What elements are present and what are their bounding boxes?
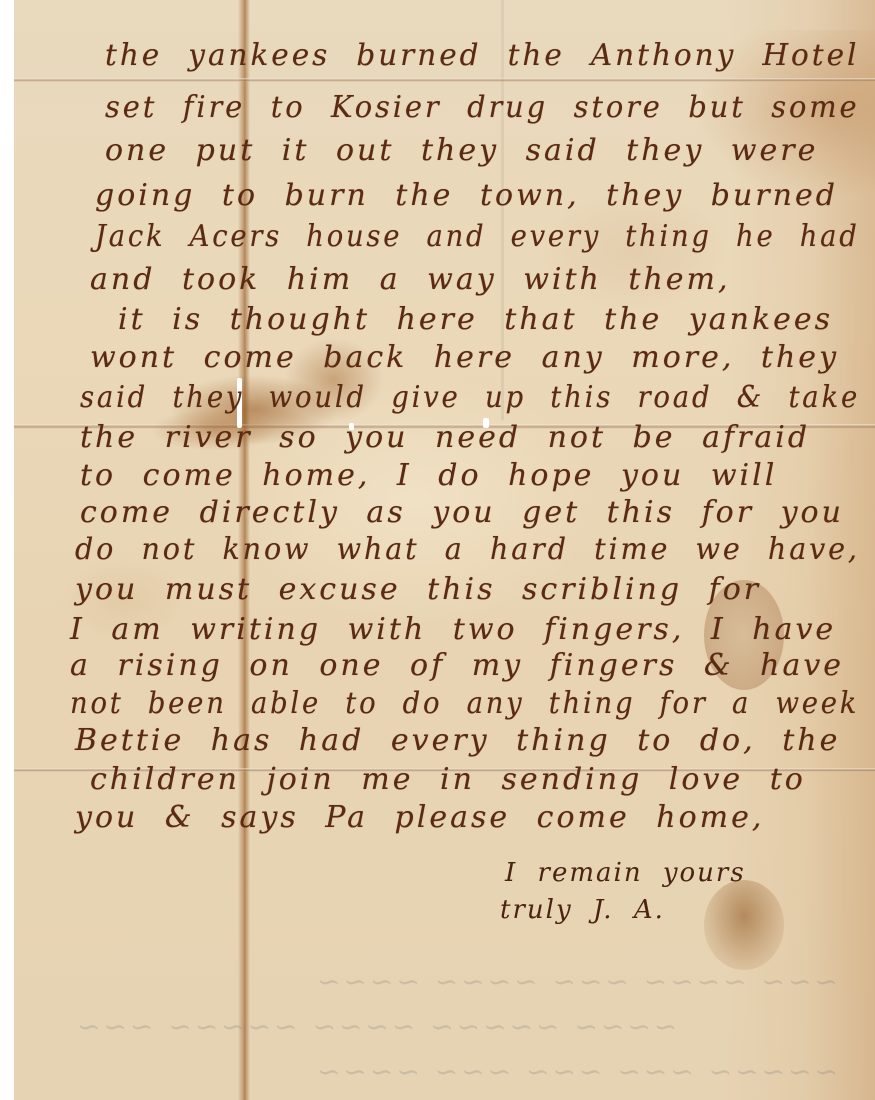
letter-line: you & says Pa please come home, [75, 800, 764, 835]
letter-line: one put it out they said they were [105, 133, 818, 168]
letter-line: come directly as you get this for you [80, 495, 844, 530]
letter-line: children join me in sending love to [90, 762, 806, 797]
letter-line: wont come back here any more, they [90, 340, 839, 375]
letter-line: the yankees burned the Anthony Hotel [105, 38, 859, 73]
signature: truly J. A. [500, 895, 665, 925]
letter-line: and took him a way with them, [90, 262, 731, 297]
letter-line: Bettie has had every thing to do, the [75, 723, 840, 758]
closing-salutation: I remain yours [505, 858, 746, 888]
letter-line: it is thought here that the yankees [118, 302, 833, 337]
letter-line: I am writing with two fingers, I have [70, 612, 836, 647]
letter-body: the yankees burned the Anthony Hotel set… [0, 0, 875, 1100]
letter-line: to come home, I do hope you will [80, 458, 777, 493]
letter-line: you must excuse this scribling for [75, 572, 761, 607]
letter-line: Jack Acers house and every thing he had [95, 219, 860, 254]
letter-line: not been able to do any thing for a week [70, 686, 859, 721]
letter-line: set fire to Kosier drug store but some [105, 90, 860, 125]
letter-line: said they would give up this road & take [80, 380, 860, 415]
letter-line: the river so you need not be afraid [80, 420, 810, 455]
letter-line: do not know what a hard time we have, [75, 532, 860, 567]
letter-line: going to burn the town, they burned [95, 178, 838, 213]
letter-line: a rising on one of my fingers & have [70, 648, 844, 683]
